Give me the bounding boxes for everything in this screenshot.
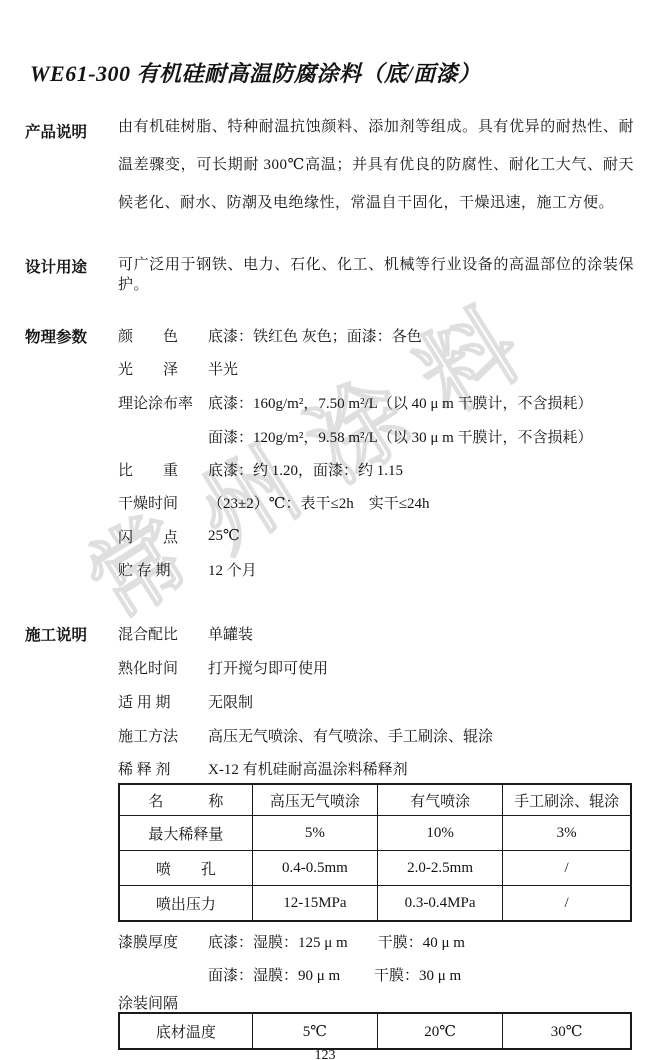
cell-value: 5% <box>252 816 377 851</box>
section-label-application: 施工说明 <box>25 623 87 645</box>
param-label: 涂装间隔 <box>118 992 178 1013</box>
param-value: 面漆：湿膜：90 μ m 干膜：30 μ m <box>208 964 461 985</box>
cell-value: 3% <box>503 816 631 851</box>
param-value: 半光 <box>208 358 238 379</box>
table-row-substrate-temp: 底材温度 5℃ 20℃ 30℃ <box>119 1013 631 1049</box>
param-value: （23±2）℃：表干≤2h 实干≤24h <box>208 492 429 513</box>
cell-value: 10% <box>378 816 503 851</box>
cell-label: 最大稀释量 <box>119 816 252 851</box>
param-label: 贮 存 期 <box>118 559 208 580</box>
param-value: 无限制 <box>208 691 253 712</box>
param-value: 面漆：120g/m²，9.58 m²/L（以 30 μ m 干膜计，不含损耗） <box>208 426 593 447</box>
cell-value: 12-15MPa <box>252 886 377 922</box>
param-label: 漆膜厚度 <box>118 931 208 952</box>
table-row-nozzle: 喷 孔 0.4-0.5mm 2.0-2.5mm / <box>119 851 631 886</box>
param-value: 底漆：湿膜：125 μ m 干膜：40 μ m <box>208 931 465 952</box>
param-value: 打开搅匀即可使用 <box>208 657 328 678</box>
cell-value: 0.3-0.4MPa <box>378 886 503 922</box>
param-label: 稀 释 剂 <box>118 758 208 779</box>
physical-row-color: 颜 色 底漆：铁红色 灰色；面漆：各色 <box>118 325 422 346</box>
film-thickness-row-primer: 漆膜厚度 底漆：湿膜：125 μ m 干膜：40 μ m <box>118 931 465 952</box>
table-row-max-dilution: 最大稀释量 5% 10% 3% <box>119 816 631 851</box>
cell-value: / <box>503 851 631 886</box>
physical-row-coverage-topcoat: 面漆：120g/m²，9.58 m²/L（以 30 μ m 干膜计，不含损耗） <box>118 426 593 447</box>
param-label: 比 重 <box>118 459 208 480</box>
param-label: 理论涂布率 <box>118 392 208 413</box>
coating-interval-table: 底材温度 5℃ 20℃ 30℃ <box>118 1012 632 1050</box>
cell-label: 喷出压力 <box>119 886 252 922</box>
table-row-pressure: 喷出压力 12-15MPa 0.3-0.4MPa / <box>119 886 631 922</box>
param-value: X-12 有机硅耐高温涂料稀释剂 <box>208 758 408 779</box>
design-use-text: 可广泛用于钢铁、电力、石化、化工、机械等行业设备的高温部位的涂装保护。 <box>118 255 634 295</box>
header-cell-airless-spray: 高压无气喷涂 <box>252 784 377 816</box>
param-label: 混合配比 <box>118 623 208 644</box>
param-label: 光 泽 <box>118 358 208 379</box>
application-row-pot-life: 适 用 期 无限制 <box>118 691 253 712</box>
page-title: WE61-300 有机硅耐高温防腐涂料（底/面漆） <box>30 57 481 88</box>
param-value: 底漆：铁红色 灰色；面漆：各色 <box>208 325 422 346</box>
section-label-product: 产品说明 <box>25 120 87 142</box>
param-label <box>118 964 208 985</box>
cell-label: 底材温度 <box>119 1013 252 1049</box>
application-row-induction-time: 熟化时间 打开搅匀即可使用 <box>118 657 328 678</box>
dilution-table: 名 称 高压无气喷涂 有气喷涂 手工刷涂、辊涂 最大稀释量 5% 10% 3% … <box>118 783 632 922</box>
header-cell-brush-roller: 手工刷涂、辊涂 <box>503 784 631 816</box>
param-label: 熟化时间 <box>118 657 208 678</box>
datasheet-page: 常州涂料 WE61-300 有机硅耐高温防腐涂料（底/面漆） 产品说明 由有机硅… <box>0 0 650 1060</box>
physical-row-coverage-primer: 理论涂布率 底漆：160g/m²，7.50 m²/L（以 40 μ m 干膜计，… <box>118 392 593 413</box>
header-cell-name: 名 称 <box>119 784 252 816</box>
cell-value: / <box>503 886 631 922</box>
header-cell-air-spray: 有气喷涂 <box>378 784 503 816</box>
cell-temp-5: 5℃ <box>252 1013 377 1049</box>
dilution-table-header-row: 名 称 高压无气喷涂 有气喷涂 手工刷涂、辊涂 <box>119 784 631 816</box>
film-thickness-row-topcoat: 面漆：湿膜：90 μ m 干膜：30 μ m <box>118 964 461 985</box>
physical-row-flash-point: 闪 点 25℃ <box>118 526 240 547</box>
physical-row-shelf-life: 贮 存 期 12 个月 <box>118 559 257 580</box>
param-value: 单罐装 <box>208 623 253 644</box>
param-value: 12 个月 <box>208 559 257 580</box>
param-value: 底漆：约 1.20，面漆：约 1.15 <box>208 459 403 480</box>
param-label: 干燥时间 <box>118 492 208 513</box>
application-row-thinner: 稀 释 剂 X-12 有机硅耐高温涂料稀释剂 <box>118 758 408 779</box>
physical-row-specific-gravity: 比 重 底漆：约 1.20，面漆：约 1.15 <box>118 459 403 480</box>
page-number: 123 <box>0 1048 650 1060</box>
cell-value: 0.4-0.5mm <box>252 851 377 886</box>
physical-row-gloss: 光 泽 半光 <box>118 358 238 379</box>
section-label-physical-params: 物理参数 <box>25 325 87 347</box>
coating-interval-label-row: 涂装间隔 <box>118 992 178 1013</box>
param-label <box>118 426 208 447</box>
cell-label: 喷 孔 <box>119 851 252 886</box>
application-row-mix-ratio: 混合配比 单罐装 <box>118 623 253 644</box>
param-value: 25℃ <box>208 526 240 547</box>
param-value: 高压无气喷涂、有气喷涂、手工刷涂、辊涂 <box>208 725 493 746</box>
param-label: 施工方法 <box>118 725 208 746</box>
param-label: 闪 点 <box>118 526 208 547</box>
application-row-methods: 施工方法 高压无气喷涂、有气喷涂、手工刷涂、辊涂 <box>118 725 493 746</box>
product-description-text: 由有机硅树脂、特种耐温抗蚀颜料、添加剂等组成。具有优异的耐热性、耐温差骤变，可长… <box>118 108 634 222</box>
param-label: 适 用 期 <box>118 691 208 712</box>
cell-value: 2.0-2.5mm <box>378 851 503 886</box>
cell-temp-30: 30℃ <box>503 1013 631 1049</box>
cell-temp-20: 20℃ <box>378 1013 503 1049</box>
section-label-design-use: 设计用途 <box>25 255 87 277</box>
param-label: 颜 色 <box>118 325 208 346</box>
param-value: 底漆：160g/m²，7.50 m²/L（以 40 μ m 干膜计，不含损耗） <box>208 392 593 413</box>
physical-row-drying-time: 干燥时间 （23±2）℃：表干≤2h 实干≤24h <box>118 492 429 513</box>
